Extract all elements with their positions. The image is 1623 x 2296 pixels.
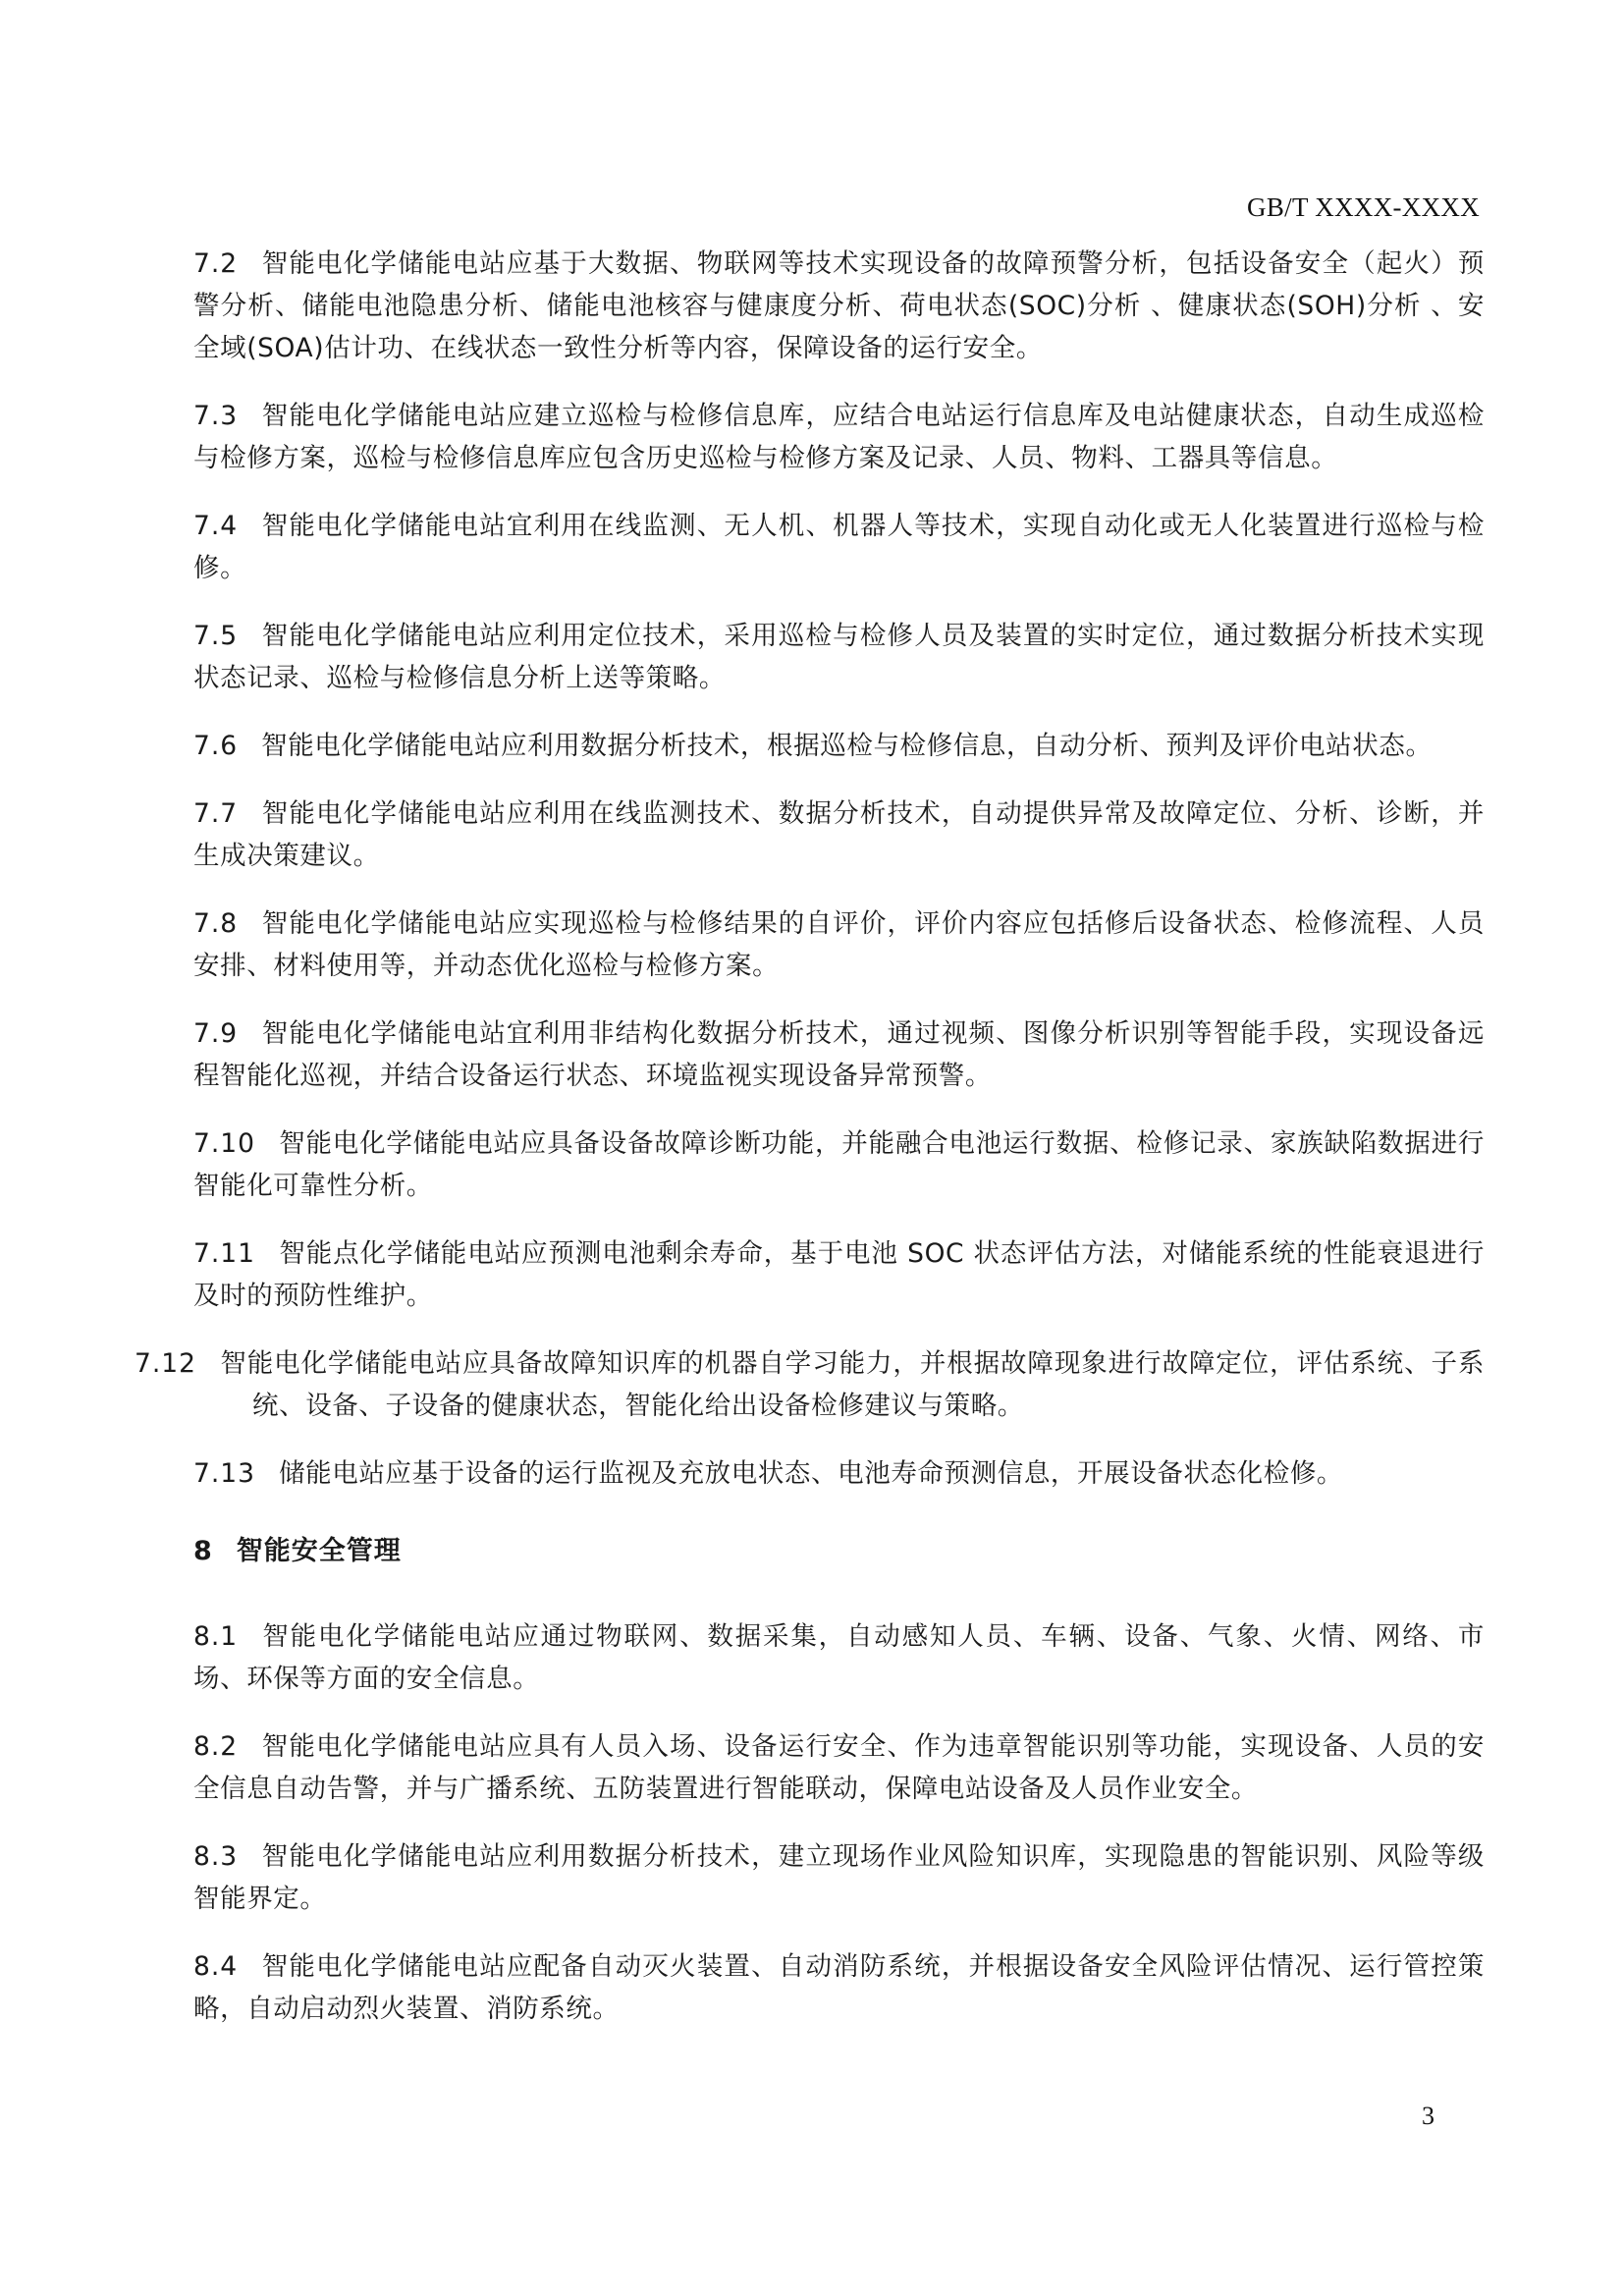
clause-number: 7.10 [193,1122,255,1165]
page-number: 3 [1422,2102,1434,2131]
clause-number: 8.2 [193,1725,238,1768]
clause-number: 7.12 [193,1342,196,1385]
clause-number: 7.5 [193,615,238,657]
clause-text: 智能电化学储能电站应通过物联网、数据采集，自动感知人员、车辆、设备、气象、火情、… [193,1621,1485,1694]
clause-text: 智能电化学储能电站应利用数据分析技术，根据巡检与检修信息，自动分析、预判及评价电… [261,731,1432,761]
clause-7-8: 7.8智能电化学储能电站应实现巡检与检修结果的自评价，评价内容应包括修后设备状态… [193,902,1485,987]
clause-number: 7.13 [193,1452,255,1495]
clause-7-4: 7.4智能电化学储能电站宜利用在线监测、无人机、机器人等技术，实现自动化或无人化… [193,505,1485,589]
clause-text: 智能电化学储能电站宜利用在线监测、无人机、机器人等技术，实现自动化或无人化装置进… [193,511,1485,583]
clause-text: 智能电化学储能电站应基于大数据、物联网等技术实现设备的故障预警分析，包括设备安全… [193,248,1485,363]
clause-text: 智能电化学储能电站宜利用非结构化数据分析技术，通过视频、图像分析识别等智能手段，… [193,1018,1485,1091]
clause-number: 8.4 [193,1945,238,1988]
clause-8-1: 8.1智能电化学储能电站应通过物联网、数据采集，自动感知人员、车辆、设备、气象、… [193,1615,1485,1700]
section-heading-8: 8智能安全管理 [193,1530,1485,1572]
clause-text: 智能电化学储能电站应利用在线监测技术、数据分析技术，自动提供异常及故障定位、分析… [193,798,1485,871]
clause-number: 7.4 [193,505,238,547]
clause-7-12: 7.12智能电化学储能电站应具备故障知识库的机器自学习能力，并根据故障现象进行故… [193,1342,1485,1427]
section-title-text: 智能安全管理 [237,1536,402,1566]
clause-text: 智能电化学储能电站应利用定位技术，采用巡检与检修人员及装置的实时定位，通过数据分… [193,621,1485,693]
clause-text: 智能电化学储能电站应实现巡检与检修结果的自评价，评价内容应包括修后设备状态、检修… [193,908,1485,981]
clause-7-11: 7.11智能点化学储能电站应预测电池剩余寿命，基于电池 SOC 状态评估方法，对… [193,1232,1485,1317]
clause-text: 智能电化学储能电站应利用数据分析技术，建立现场作业风险知识库，实现隐患的智能识别… [193,1841,1485,1914]
clause-number: 8.1 [193,1615,238,1658]
clause-7-5: 7.5智能电化学储能电站应利用定位技术，采用巡检与检修人员及装置的实时定位，通过… [193,615,1485,699]
clause-text: 智能点化学储能电站应预测电池剩余寿命，基于电池 SOC 状态评估方法，对储能系统… [193,1238,1485,1311]
standard-code-header: GB/T XXXX-XXXX [1247,192,1480,223]
section-number: 8 [193,1530,213,1572]
clause-text: 储能电站应基于设备的运行监视及充放电状态、电池寿命预测信息，开展设备状态化检修。 [279,1458,1343,1489]
clause-8-2: 8.2智能电化学储能电站应具有人员入场、设备运行安全、作为违章智能识别等功能，实… [193,1725,1485,1810]
clause-number: 8.3 [193,1835,238,1878]
clause-number: 7.2 [193,243,238,285]
clause-7-9: 7.9智能电化学储能电站宜利用非结构化数据分析技术，通过视频、图像分析识别等智能… [193,1012,1485,1097]
document-body: 7.2智能电化学储能电站应基于大数据、物联网等技术实现设备的故障预警分析，包括设… [193,243,1485,2055]
clause-7-13: 7.13储能电站应基于设备的运行监视及充放电状态、电池寿命预测信息，开展设备状态… [193,1452,1485,1495]
clause-text: 智能电化学储能电站应配备自动灭火装置、自动消防系统，并根据设备安全风险评估情况、… [193,1951,1485,2024]
clause-text: 智能电化学储能电站应建立巡检与检修信息库，应结合电站运行信息库及电站健康状态，自… [193,401,1485,473]
clause-text: 智能电化学储能电站应具备故障知识库的机器自学习能力，并根据故障现象进行故障定位，… [220,1348,1485,1421]
clause-7-7: 7.7智能电化学储能电站应利用在线监测技术、数据分析技术，自动提供异常及故障定位… [193,793,1485,877]
clause-8-4: 8.4智能电化学储能电站应配备自动灭火装置、自动消防系统，并根据设备安全风险评估… [193,1945,1485,2030]
clause-number: 7.11 [193,1232,255,1275]
clause-text: 智能电化学储能电站应具有人员入场、设备运行安全、作为违章智能识别等功能，实现设备… [193,1731,1485,1804]
clause-number: 7.7 [193,793,238,835]
clause-7-2: 7.2智能电化学储能电站应基于大数据、物联网等技术实现设备的故障预警分析，包括设… [193,243,1485,369]
clause-7-3: 7.3智能电化学储能电站应建立巡检与检修信息库，应结合电站运行信息库及电站健康状… [193,395,1485,479]
clause-7-6: 7.6智能电化学储能电站应利用数据分析技术，根据巡检与检修信息，自动分析、预判及… [193,725,1485,767]
clause-number: 7.3 [193,395,238,437]
clause-7-10: 7.10智能电化学储能电站应具备设备故障诊断功能，并能融合电池运行数据、检修记录… [193,1122,1485,1207]
clause-number: 7.8 [193,902,238,945]
clause-text: 智能电化学储能电站应具备设备故障诊断功能，并能融合电池运行数据、检修记录、家族缺… [193,1128,1485,1201]
clause-8-3: 8.3智能电化学储能电站应利用数据分析技术，建立现场作业风险知识库，实现隐患的智… [193,1835,1485,1920]
clause-number: 7.9 [193,1012,238,1055]
clause-number: 7.6 [193,725,238,767]
